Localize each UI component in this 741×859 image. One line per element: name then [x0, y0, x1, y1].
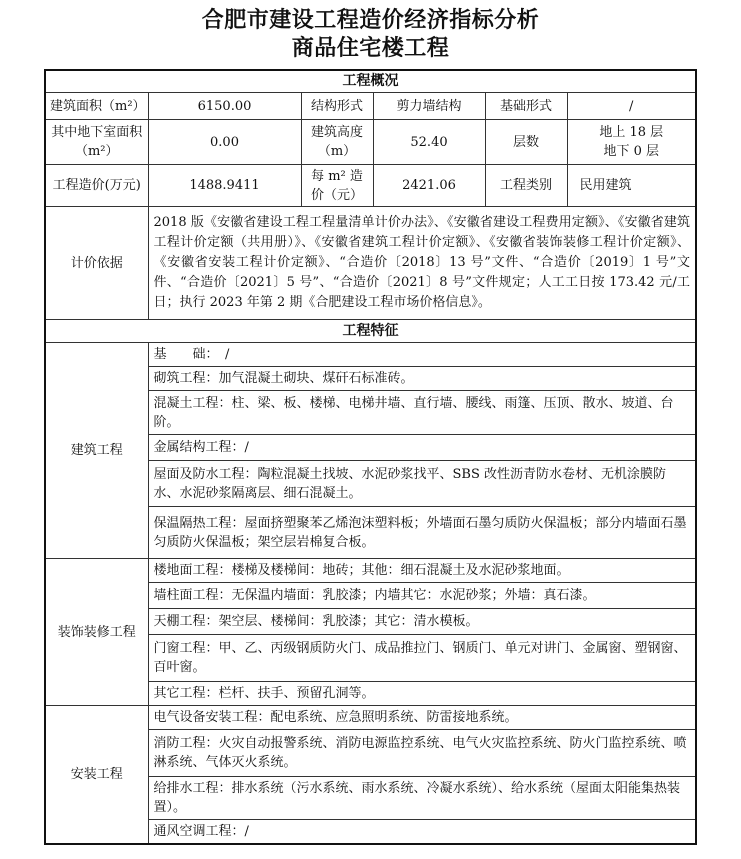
feature-item: 电气设备安装工程：配电系统、应急照明系统、防雷接地系统。 [148, 706, 696, 730]
feature-item: 屋面及防水工程：陶粒混凝土找坡、水泥砂浆找平、SBS 改性沥青防水卷材、无机涂膜… [148, 461, 696, 507]
label-pricing-basis: 计价依据 [45, 207, 148, 320]
value-floors: 地上 18 层 地下 0 层 [567, 120, 696, 165]
section-label-construction: 建筑工程 [45, 343, 148, 559]
feature-item: 其它工程：栏杆、扶手、预留孔洞等。 [148, 682, 696, 706]
value-basement-area: 0.00 [148, 120, 301, 165]
label-floors: 层数 [485, 120, 567, 165]
overview-row: 工程造价(万元) 1488.9411 每 m² 造价（元） 2421.06 工程… [45, 165, 696, 207]
label-foundation-type: 基础形式 [485, 93, 567, 120]
value-pricing-basis: 2018 版《安徽省建设工程工程量清单计价办法》、《安徽省建设工程费用定额》、《… [148, 207, 696, 320]
label-project-category: 工程类别 [485, 165, 567, 207]
floors-above: 地上 18 层 [572, 123, 692, 142]
document-title: 合肥市建设工程造价经济指标分析 [0, 6, 741, 34]
label-basement-area: 其中地下室面积（m²） [45, 120, 148, 165]
value-project-category: 民用建筑 [567, 165, 696, 207]
feature-item: 砌筑工程：加气混凝土砌块、煤矸石标准砖。 [148, 367, 696, 391]
section-label-decoration: 装饰装修工程 [45, 559, 148, 706]
feature-item: 楼地面工程：楼梯及楼梯间：地砖；其他：细石混凝土及水泥砂浆地面。 [148, 559, 696, 583]
feature-item: 通风空调工程：/ [148, 820, 696, 845]
overview-header: 工程概况 [45, 70, 696, 93]
feature-item: 保温隔热工程：屋面挤塑聚苯乙烯泡沫塑料板；外墙面石墨匀质防火保温板；部分内墙面石… [148, 507, 696, 559]
feature-item: 基 础： / [148, 343, 696, 367]
label-structure-type: 结构形式 [301, 93, 373, 120]
feature-item: 混凝土工程：柱、梁、板、楼梯、电梯井墙、直行墙、腰线、雨篷、压顶、散水、坡道、台… [148, 391, 696, 435]
section-label-installation: 安装工程 [45, 706, 148, 845]
value-foundation-type: / [567, 93, 696, 120]
feature-item: 墙柱面工程：无保温内墙面：乳胶漆；内墙其它：水泥砂浆；外墙：真石漆。 [148, 583, 696, 609]
feature-item: 给排水工程：排水系统（污水系统、雨水系统、冷凝水系统）、给水系统（屋面太阳能集热… [148, 777, 696, 820]
feature-item: 消防工程：火灾自动报警系统、消防电源监控系统、电气火灾监控系统、防火门监控系统、… [148, 730, 696, 777]
value-building-area: 6150.00 [148, 93, 301, 120]
value-project-cost: 1488.9411 [148, 165, 301, 207]
label-building-area: 建筑面积（m²） [45, 93, 148, 120]
feature-item: 天棚工程：架空层、楼梯间：乳胶漆；其它：清水模板。 [148, 609, 696, 635]
label-unit-cost: 每 m² 造价（元） [301, 165, 373, 207]
overview-row: 建筑面积（m²） 6150.00 结构形式 剪力墙结构 基础形式 / [45, 93, 696, 120]
value-structure-type: 剪力墙结构 [373, 93, 485, 120]
value-building-height: 52.40 [373, 120, 485, 165]
feature-item: 金属结构工程：/ [148, 435, 696, 461]
document-subtitle: 商品住宅楼工程 [0, 34, 741, 62]
label-building-height: 建筑高度（m） [301, 120, 373, 165]
value-unit-cost: 2421.06 [373, 165, 485, 207]
label-project-cost: 工程造价(万元) [45, 165, 148, 207]
indicator-table: 工程概况 建筑面积（m²） 6150.00 结构形式 剪力墙结构 基础形式 / … [44, 69, 697, 845]
features-header: 工程特征 [45, 320, 696, 343]
floors-below: 地下 0 层 [572, 142, 692, 161]
overview-row: 其中地下室面积（m²） 0.00 建筑高度（m） 52.40 层数 地上 18 … [45, 120, 696, 165]
feature-item: 门窗工程：甲、乙、丙级钢质防火门、成品推拉门、钢质门、单元对讲门、金属窗、塑钢窗… [148, 635, 696, 682]
